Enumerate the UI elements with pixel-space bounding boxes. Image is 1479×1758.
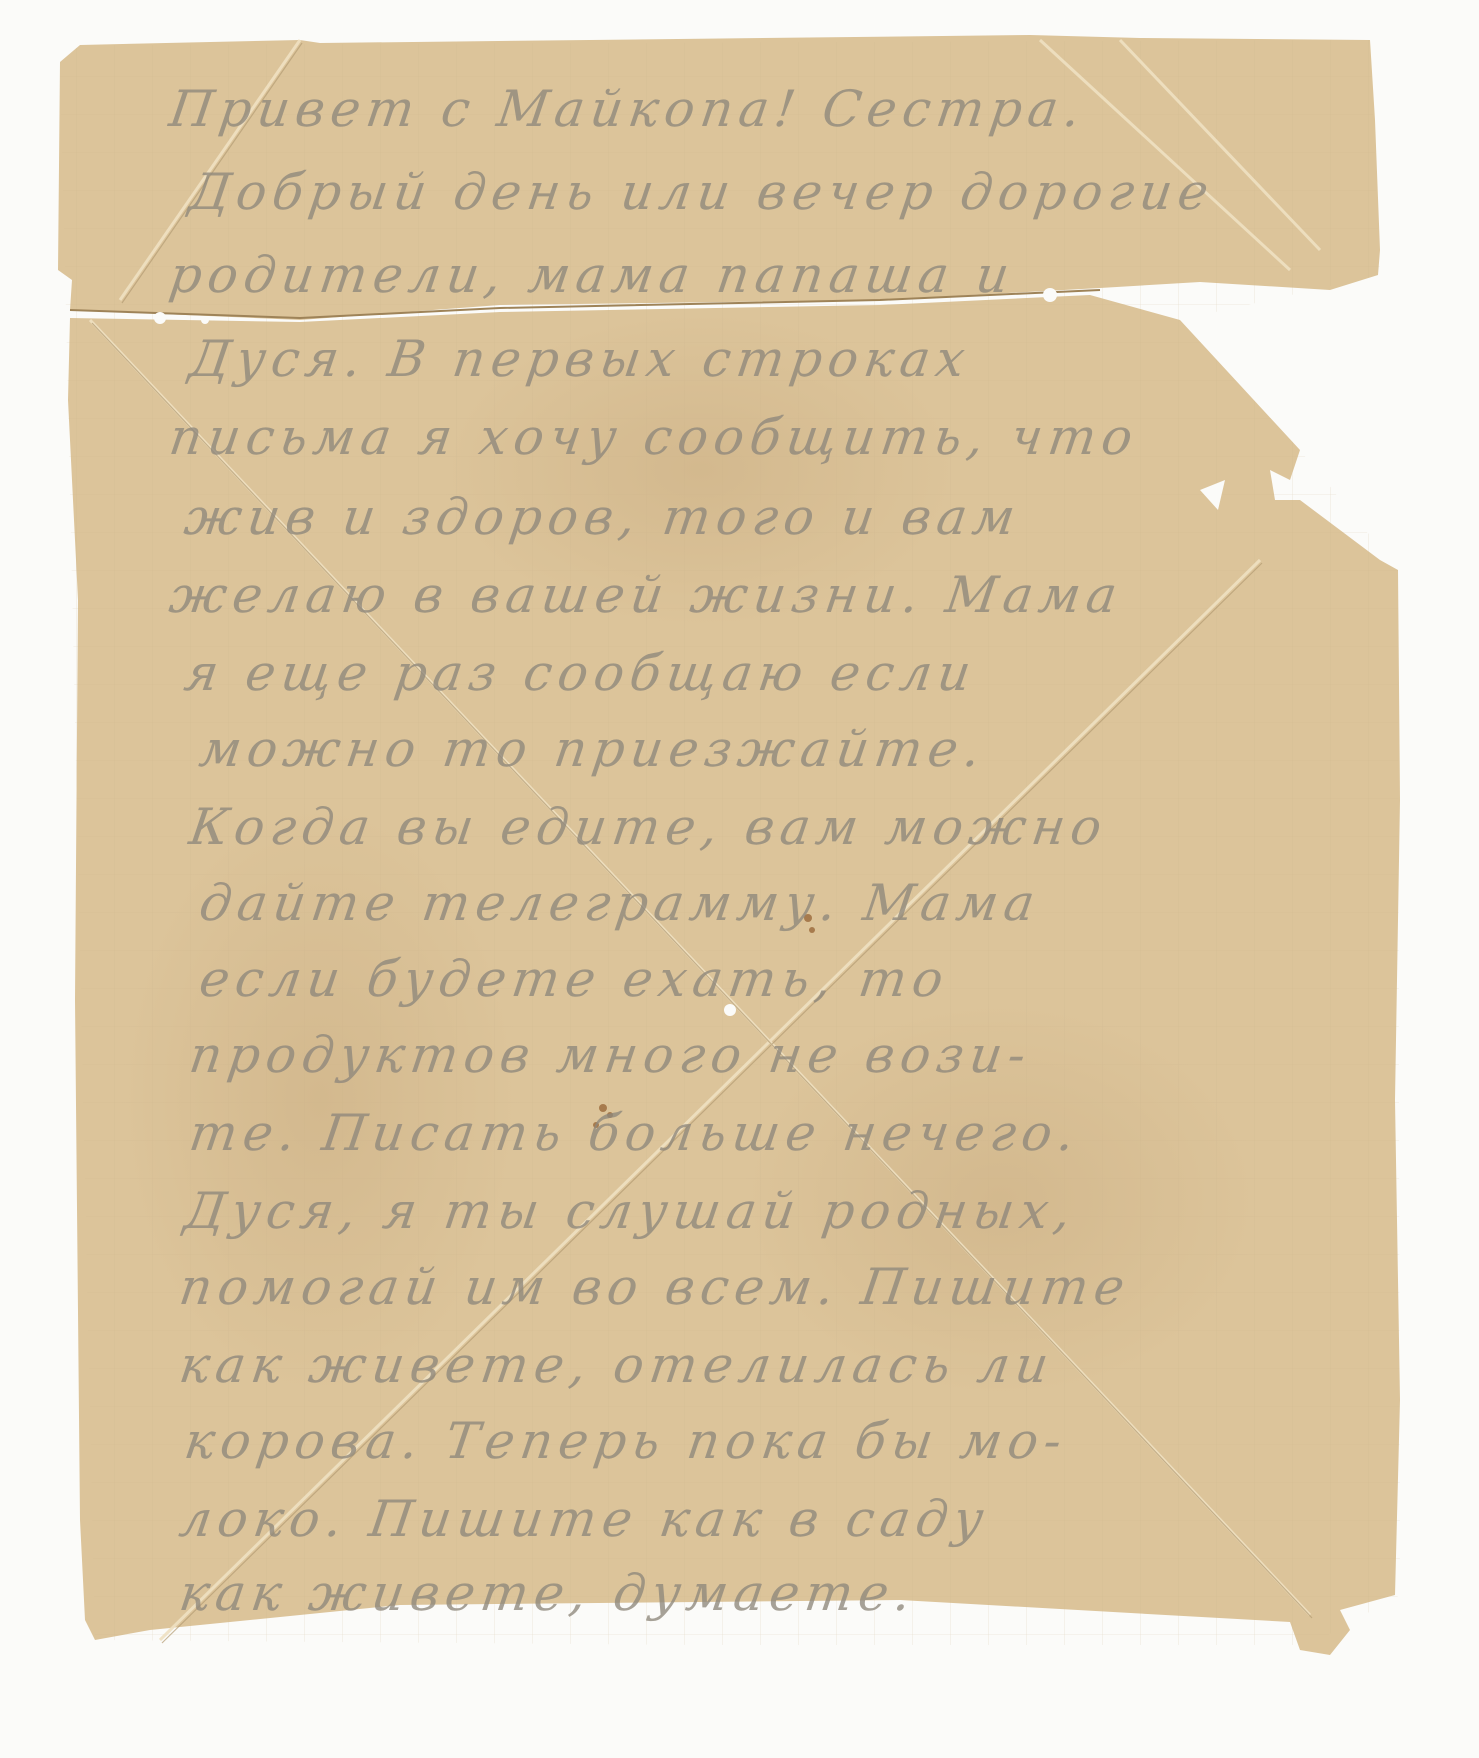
- letter-line: корова. Теперь пока бы мо-: [181, 1412, 1071, 1470]
- letter-line: помогай им во всем. Пишите: [176, 1258, 1134, 1316]
- letter-line: те. Писать больше нечего.: [186, 1104, 1084, 1162]
- letter-line: как живете, отелилась ли: [176, 1336, 1058, 1394]
- letter-line: Привет с Майкопа! Сестра.: [166, 80, 1090, 138]
- letter-line: дайте телеграмму. Мама: [196, 874, 1044, 932]
- letter-line: письма я хочу сообщить, что: [166, 408, 1142, 466]
- letter-line: родители, мама папаша и: [166, 246, 1019, 304]
- letter-line: Добрый день или вечер дорогие: [186, 163, 1218, 221]
- letter-line: жив и здоров, того и вам: [181, 488, 1025, 546]
- letter-line: локо. Пишите как в саду: [176, 1490, 993, 1548]
- letter-line: Когда вы едите, вам можно: [186, 798, 1111, 856]
- letter-line: продуктов много не вози-: [186, 1026, 1035, 1084]
- letter-line: Дуся, я ты слушай родных,: [181, 1182, 1080, 1240]
- letter-line: желаю в вашей жизни. Мама: [166, 566, 1127, 624]
- letter-line: как живете, думаете.: [176, 1564, 921, 1622]
- letter-line: можно то приезжайте.: [196, 720, 990, 778]
- letter-line: я еще раз сообщаю если: [181, 644, 980, 702]
- letter-line: если будете ехать, то: [196, 950, 953, 1008]
- letter-line: Дуся. В первых строках: [186, 330, 974, 388]
